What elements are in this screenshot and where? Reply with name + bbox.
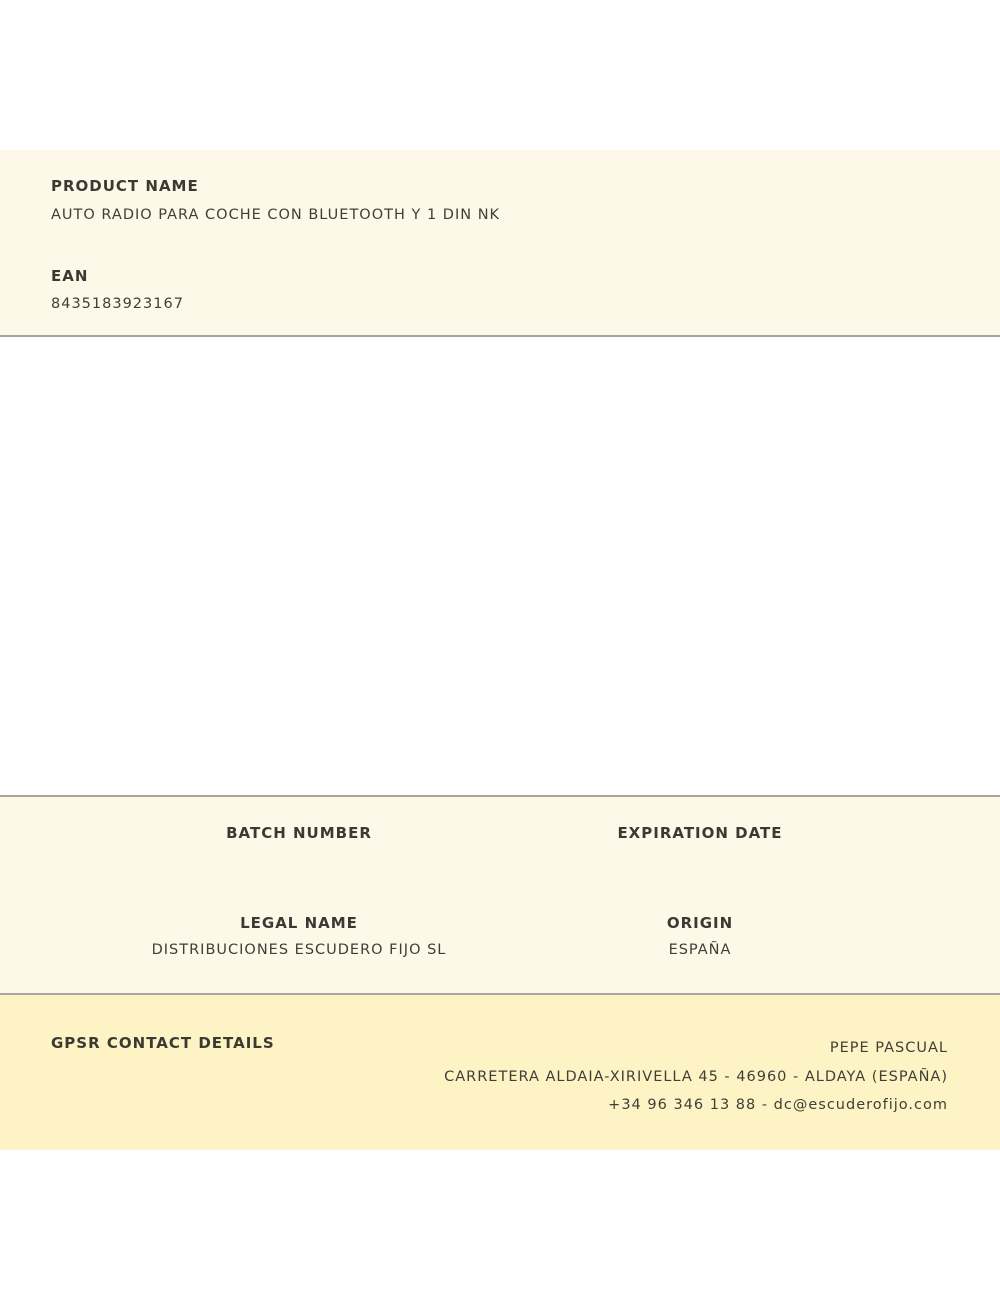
gpsr-contact-label: GPSR CONTACT DETAILS: [51, 1034, 275, 1052]
contact-name: PEPE PASCUAL: [444, 1034, 948, 1063]
gpsr-contact-section: GPSR CONTACT DETAILS PEPE PASCUAL CARRET…: [0, 995, 1000, 1150]
ean-label: EAN: [51, 267, 88, 285]
product-name-value: AUTO RADIO PARA COCHE CON BLUETOOTH Y 1 …: [51, 207, 500, 223]
ean-value: 8435183923167: [51, 296, 184, 312]
batch-number-label: BATCH NUMBER: [99, 824, 499, 842]
contact-phone-email: +34 96 346 13 88 - dc@escuderofijo.com: [444, 1091, 948, 1120]
contact-lines: PEPE PASCUAL CARRETERA ALDAIA-XIRIVELLA …: [444, 1034, 948, 1120]
details-section: BATCH NUMBER EXPIRATION DATE LEGAL NAME …: [0, 795, 1000, 995]
legal-name-value: DISTRIBUCIONES ESCUDERO FIJO SL: [99, 942, 499, 958]
product-name-label: PRODUCT NAME: [51, 177, 199, 195]
product-section: PRODUCT NAME AUTO RADIO PARA COCHE CON B…: [0, 150, 1000, 337]
legal-name-field: LEGAL NAME DISTRIBUCIONES ESCUDERO FIJO …: [99, 914, 499, 958]
expiration-date-field: EXPIRATION DATE: [500, 824, 900, 852]
legal-name-label: LEGAL NAME: [99, 914, 499, 932]
origin-field: ORIGIN ESPAÑA: [500, 914, 900, 958]
origin-value: ESPAÑA: [500, 942, 900, 958]
expiration-date-label: EXPIRATION DATE: [500, 824, 900, 842]
contact-address: CARRETERA ALDAIA-XIRIVELLA 45 - 46960 - …: [444, 1063, 948, 1092]
batch-number-field: BATCH NUMBER: [99, 824, 499, 852]
origin-label: ORIGIN: [500, 914, 900, 932]
